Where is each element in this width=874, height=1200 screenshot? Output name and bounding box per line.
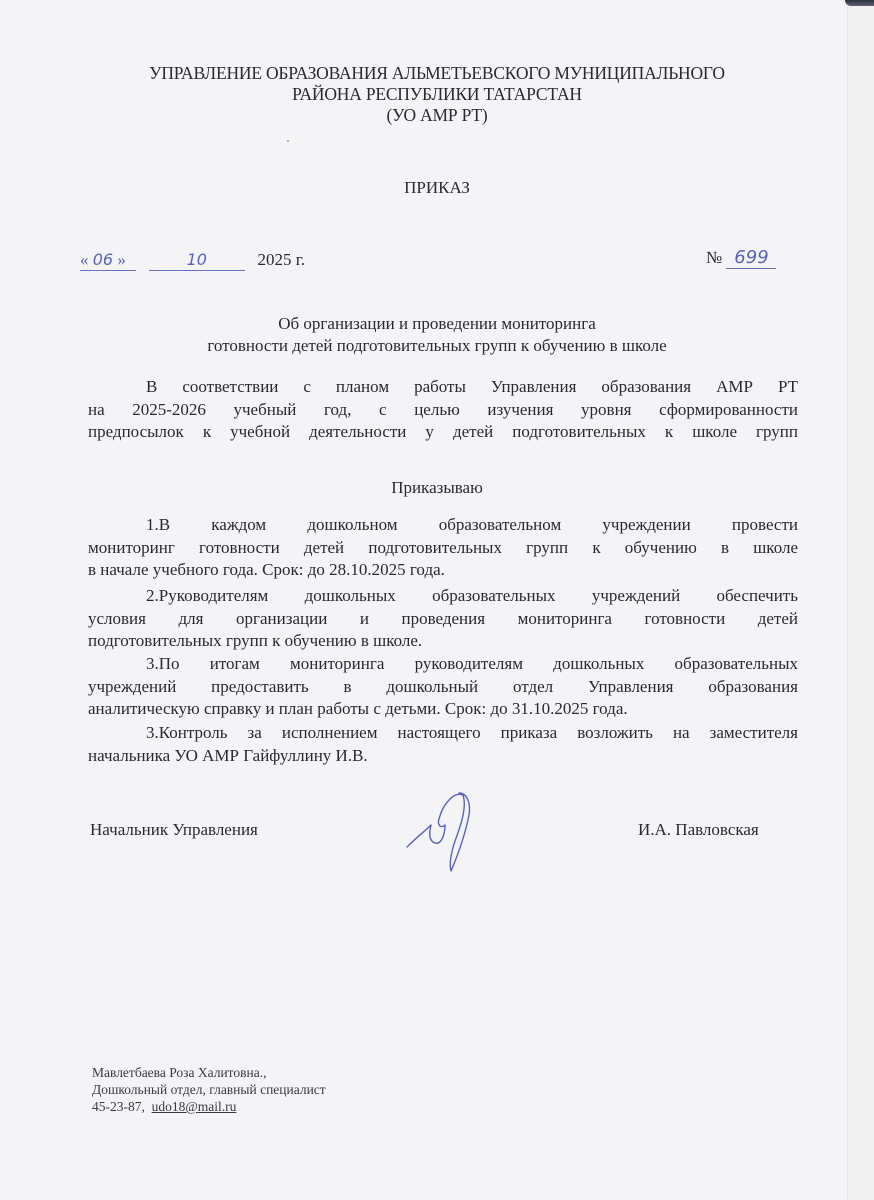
- contact-email-link[interactable]: udo18@mail.ru: [152, 1099, 237, 1114]
- item-line: условия для организации и проведения мон…: [88, 608, 798, 631]
- order-item-4: 3.Контроль за исполнением настоящего при…: [88, 722, 798, 767]
- order-item-3: 3.По итогам мониторинга руководителям до…: [88, 653, 798, 721]
- preamble-line: предпосылок к учебной деятельности у дет…: [88, 421, 798, 444]
- date-month-field: 10: [149, 250, 245, 271]
- document-title: ПРИКАЗ: [0, 178, 874, 198]
- preamble-line: В соответствии с планом работы Управлени…: [88, 376, 798, 399]
- number-label: №: [706, 248, 722, 267]
- preamble-paragraph: В соответствии с планом работы Управлени…: [88, 376, 798, 444]
- number-field: 699: [726, 247, 776, 269]
- subject-line-1: Об организации и проведении мониторинга: [0, 313, 874, 335]
- item-line: подготовительных групп к обучению в школ…: [88, 630, 798, 653]
- order-date: « 06 » 10 2025 г.: [80, 250, 305, 271]
- item-line: аналитическую справку и план работы с де…: [88, 698, 798, 721]
- item-line: 1.В каждом дошкольном образовательном уч…: [88, 514, 798, 537]
- contact-name: Мавлетбаева Роза Халитовна.,: [92, 1064, 326, 1081]
- item-line: мониторинг готовности детей подготовител…: [88, 537, 798, 560]
- scan-corner-shadow: [845, 0, 874, 6]
- item-line: в начале учебного года. Срок: до 28.10.2…: [88, 559, 798, 582]
- contact-phone: 45-23-87,: [92, 1099, 145, 1114]
- contact-details: 45-23-87, udo18@mail.ru: [92, 1098, 326, 1115]
- item-line: 3.По итогам мониторинга руководителям до…: [88, 653, 798, 676]
- handwritten-signature-icon: [395, 785, 485, 875]
- date-year: 2025 г.: [258, 250, 306, 269]
- order-subject: Об организации и проведении мониторинга …: [0, 313, 874, 357]
- subject-line-2: готовности детей подготовительных групп …: [0, 335, 874, 357]
- signatory-name: И.А. Павловская: [638, 820, 759, 840]
- preamble-line: на 2025-2026 учебный год, с целью изучен…: [88, 399, 798, 422]
- order-keyword: Приказываю: [0, 478, 874, 498]
- order-item-1: 1.В каждом дошкольном образовательном уч…: [88, 514, 798, 582]
- order-item-2: 2.Руководителям дошкольных образовательн…: [88, 585, 798, 653]
- item-line: начальника УО АМР Гайфуллину И.В.: [88, 745, 798, 768]
- header-line-1: УПРАВЛЕНИЕ ОБРАЗОВАНИЯ АЛЬМЕТЬЕВСКОГО МУ…: [60, 63, 814, 84]
- contact-block: Мавлетбаева Роза Халитовна., Дошкольный …: [92, 1064, 326, 1115]
- date-day-handwritten: 06: [93, 250, 113, 269]
- order-number: № 699: [706, 247, 776, 269]
- date-day-field: « 06 »: [80, 250, 136, 271]
- item-line: учреждений предоставить в дошкольный отд…: [88, 676, 798, 699]
- item-line: 3.Контроль за исполнением настоящего при…: [88, 722, 798, 745]
- number-handwritten: 699: [734, 247, 768, 268]
- signatory-position: Начальник Управления: [90, 820, 258, 840]
- header-line-2: РАЙОНА РЕСПУБЛИКИ ТАТАРСТАН: [60, 84, 814, 105]
- scan-speck: [287, 140, 289, 142]
- item-line: 2.Руководителям дошкольных образовательн…: [88, 585, 798, 608]
- contact-department: Дошкольный отдел, главный специалист: [92, 1081, 326, 1098]
- header-line-3: (УО АМР РТ): [60, 105, 814, 126]
- organization-header: УПРАВЛЕНИЕ ОБРАЗОВАНИЯ АЛЬМЕТЬЕВСКОГО МУ…: [60, 63, 814, 126]
- date-month-handwritten: 10: [187, 250, 207, 269]
